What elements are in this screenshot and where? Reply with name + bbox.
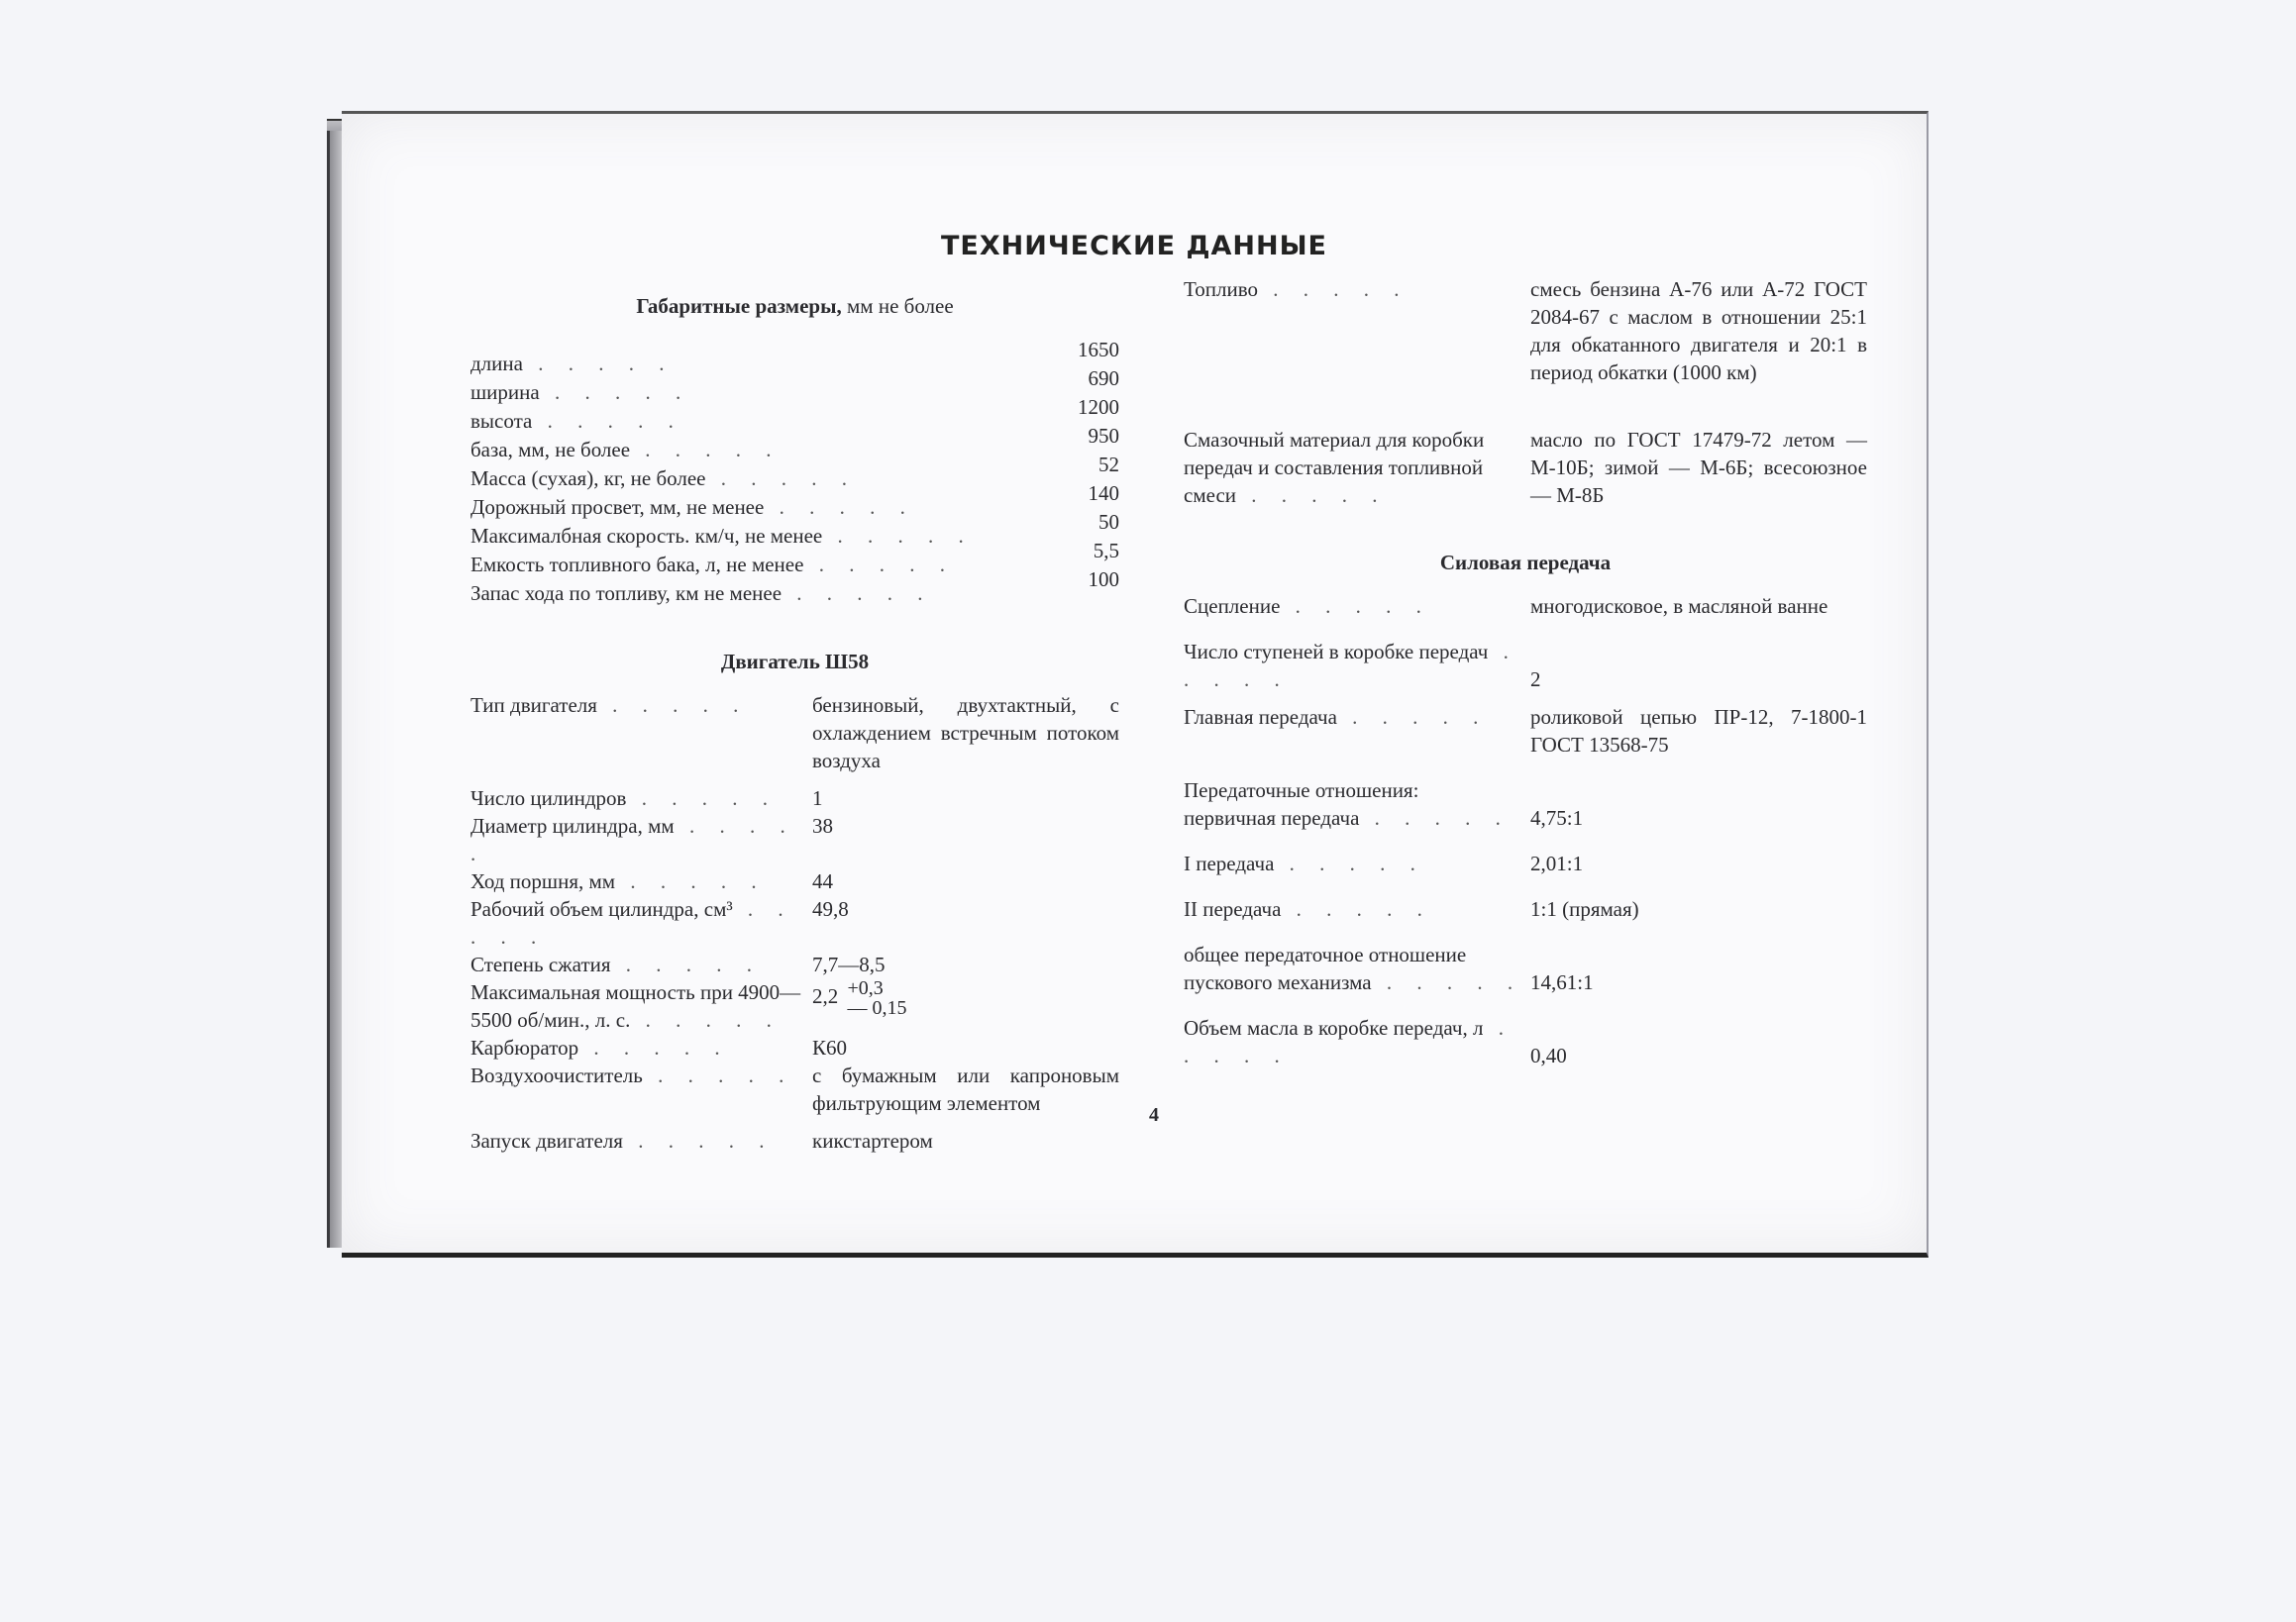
ratio-row: II передача . . . . . 1:1 (прямая): [1184, 895, 1867, 923]
dot-leader: . . . . .: [623, 1129, 775, 1153]
transmission-heading: Силовая передача: [1184, 549, 1867, 576]
dim-value: 1200: [1040, 393, 1119, 422]
dimensions-table: длина . . . . . ширина . . . . . высота …: [470, 336, 1119, 608]
dot-leader: . . . . .: [782, 581, 933, 605]
dot-leader: . . . . .: [1280, 594, 1431, 618]
spec-row: Карбюратор . . . . . К60: [470, 1034, 1119, 1062]
dot-leader: . . . . .: [1184, 1016, 1513, 1067]
ratio-row: Объем масла в коробке передач, л . . . .…: [1184, 1014, 1867, 1069]
dot-leader: . . . . .: [1359, 806, 1511, 830]
dot-leader: . . . . .: [1184, 640, 1518, 691]
spec-row: Сцепление . . . . . многодисковое, в мас…: [1184, 592, 1867, 620]
dot-leader: . . . . .: [643, 1064, 794, 1087]
dot-leader: . . . . .: [705, 466, 857, 490]
dot-leader: . . . . .: [1372, 970, 1523, 994]
spec-row: Тип двигателя . . . . . бензиновый, двух…: [470, 691, 1119, 774]
right-column: Топливо . . . . . смесь бензина А-76 или…: [1184, 275, 1867, 1069]
spec-row: Воздухоочиститель . . . . . с бумажным и…: [470, 1062, 1119, 1117]
spec-row: Число цилиндров . . . . . 1: [470, 784, 1119, 812]
dot-leader: . . . . .: [1337, 705, 1489, 729]
dot-leader: . . . . .: [611, 953, 763, 976]
dim-value: 950: [1040, 422, 1119, 451]
dot-leader: . . . . .: [470, 897, 793, 949]
dim-label: длина . . . . .: [470, 350, 1040, 378]
dim-label: ширина . . . . .: [470, 378, 1040, 407]
dot-leader: . . . . .: [822, 524, 974, 548]
spec-row: Запуск двигателя . . . . . кикстартером: [470, 1127, 1119, 1155]
spec-row-lubricant: Смазочный материал для коробки передач и…: [1184, 426, 1867, 509]
dot-leader: . . . . .: [1281, 897, 1432, 921]
dim-label: Емкость топливного бака, л, не менее . .…: [470, 551, 1040, 579]
dot-leader: . . . . .: [578, 1036, 730, 1060]
dot-leader: . . . . .: [630, 438, 782, 461]
dimensions-heading: Габаритные размеры, мм не более: [470, 292, 1119, 320]
dim-value: 50: [1040, 508, 1119, 537]
dim-value: 140: [1040, 479, 1119, 508]
dim-label: Запас хода по топливу, км не менее . . .…: [470, 579, 1040, 608]
ratios-heading: Передаточные отношения:: [1184, 776, 1867, 804]
dot-leader: . . . . .: [803, 553, 955, 576]
spec-row: Диаметр цилиндра, мм . . . . . 38: [470, 812, 1119, 867]
spec-row: Число ступеней в коробке передач . . . .…: [1184, 638, 1867, 693]
spec-row: Степень сжатия . . . . . 7,7—8,5: [470, 951, 1119, 978]
dim-label: база, мм, не более . . . . .: [470, 436, 1040, 464]
dot-leader: . . . . .: [523, 352, 675, 375]
page-number: 4: [1149, 1104, 1159, 1127]
dim-value: 100: [1040, 565, 1119, 594]
spec-row: Главная передача . . . . . роликовой цеп…: [1184, 703, 1867, 759]
spec-row: Рабочий объем цилиндра, см³ . . . . . 49…: [470, 895, 1119, 951]
engine-heading: Двигатель Ш58: [470, 648, 1119, 675]
dot-leader: . . . . .: [764, 495, 915, 519]
spec-row: Ход поршня, мм . . . . . 44: [470, 867, 1119, 895]
dim-value: 1650: [1040, 336, 1119, 364]
dot-leader: . . . . .: [615, 869, 767, 893]
dot-leader: . . . . .: [1236, 483, 1388, 507]
dot-leader: . . . . .: [532, 409, 683, 433]
dot-leader: . . . . .: [630, 1008, 782, 1032]
dot-leader: . . . . .: [597, 693, 749, 717]
dim-value: 52: [1040, 451, 1119, 479]
ratio-row: общее передаточное отношение пускового м…: [1184, 941, 1867, 996]
spec-row-fuel: Топливо . . . . . смесь бензина А-76 или…: [1184, 275, 1867, 386]
dim-value: 5,5: [1040, 537, 1119, 565]
dim-value: 690: [1040, 364, 1119, 393]
dot-leader: . . . . .: [540, 380, 691, 404]
dot-leader: . . . . .: [1258, 277, 1409, 301]
page-title: ТЕХНИЧЕСКИЕ ДАННЫЕ: [342, 231, 1927, 261]
ratio-row: первичная передача . . . . . 4,75:1: [1184, 804, 1867, 832]
dim-label: Максималбная скорость. км/ч, не менее . …: [470, 522, 1040, 551]
ratio-row: I передача . . . . . 2,01:1: [1184, 850, 1867, 877]
dot-leader: . . . . .: [1274, 852, 1425, 875]
power-tolerance: +0,3 — 0,15: [848, 978, 907, 1018]
dim-label: высота . . . . .: [470, 407, 1040, 436]
spec-row-power: Максимальная мощность при 4900—5500 об/м…: [470, 978, 1119, 1034]
dot-leader: . . . . .: [470, 814, 795, 865]
left-column: Габаритные размеры, мм не более длина . …: [470, 292, 1119, 1155]
dim-label: Масса (сухая), кг, не более . . . . .: [470, 464, 1040, 493]
dot-leader: . . . . .: [626, 786, 778, 810]
document-page: ТЕХНИЧЕСКИЕ ДАННЫЕ Габаритные размеры, м…: [342, 111, 1929, 1258]
dim-label: Дорожный просвет, мм, не менее . . . . .: [470, 493, 1040, 522]
